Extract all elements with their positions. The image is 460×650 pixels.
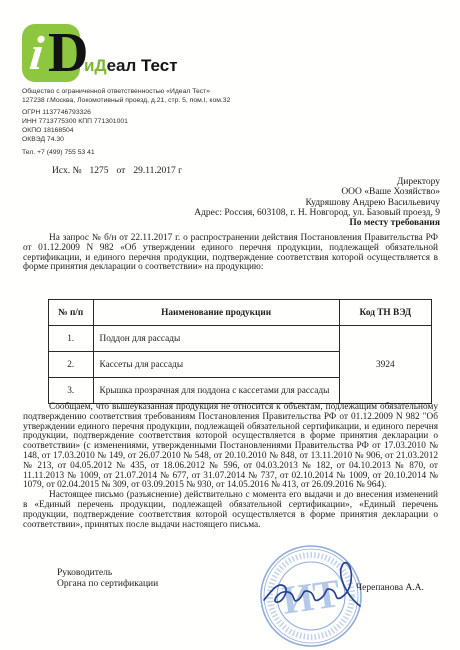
body-paragraphs-2-3: Сообщаем, что вышеуказанная продукция не… [23,403,438,530]
row-name: Поддон для рассады [93,326,339,352]
brand-id: иД [84,56,107,75]
logo-letter-d: D [48,24,88,82]
header-cell-name: Наименование продукции [93,300,339,326]
header-cell-code: Код ТН ВЭД [339,300,431,326]
signer-title-line1: Руководитель [57,568,158,579]
ref-from: от [117,166,126,176]
company-ogrn: ОГРН 1137746793326 [22,109,262,118]
ref-number: 1275 [90,166,109,176]
handwritten-signature [258,552,368,622]
paragraph-2-text: Сообщаем, что вышеуказанная продукция не… [23,403,438,491]
row-name: Кассеты для рассады [93,352,339,378]
row-name: Крышка прозрачная для поддона с кассетам… [93,378,339,404]
brand-eal: еал [107,56,137,75]
row-num: 1. [49,326,94,352]
signer-title-line2: Органа по сертификации [57,579,158,590]
body-paragraph-1: На запрос № б/н от 22.11.2017 г. о распр… [23,234,438,273]
company-okpo: ОКПО 18168504 [22,127,262,136]
signer-title: Руководитель Органа по сертификации [57,568,158,590]
table-row: 1. Поддон для рассады 3924 [49,326,432,352]
addressee-company: ООО «Ваше Хозяйство» [120,187,440,197]
brand-name: иДеал Тест [84,56,178,76]
company-legal-name: Общество с ограниченной ответственностью… [22,88,262,97]
addressee-position: Директору [120,177,440,187]
outgoing-ref-line: Исх. №1275от29.11.2017 г [52,166,190,176]
header-cell-num: № п/п [49,300,94,326]
row-num: 2. [49,352,94,378]
paragraph-3-text: Настоящее письмо (разъяснение) действите… [23,491,438,530]
ref-label: Исх. № [52,166,82,176]
addressee-address: Адрес: Россия, 603108, г. Н. Новгород, у… [120,208,440,218]
paragraph-1-text: На запрос № б/н от 22.11.2017 г. о распр… [23,234,438,273]
brand-test: Тест [141,56,178,75]
company-okved: ОКВЭД 74.30 [22,136,262,145]
company-address: 127238 г.Москва, Локомотивный проезд, д.… [22,97,262,106]
company-logo: D i иДеал Тест [22,24,222,86]
addressee-requirement: По месту требования [120,218,440,228]
merged-code-cell: 3924 [339,326,431,404]
addressee-person: Кудряшову Андрею Васильевичу [120,198,440,208]
ref-date: 29.11.2017 г [133,166,182,176]
signer-name: Черепанова А.А. [356,583,424,593]
product-table: № п/п Наименование продукции Код ТН ВЭД … [48,299,432,404]
table-header-row: № п/п Наименование продукции Код ТН ВЭД [49,300,432,326]
addressee-block: Директору ООО «Ваше Хозяйство» Кудряшову… [120,177,440,228]
document-page: D i иДеал Тест Общество с ограниченной о… [0,0,460,650]
company-info: Общество с ограниченной ответственностью… [22,88,262,158]
company-inn-kpp: ИНН 7713775300 КПП 771301001 [22,118,262,127]
company-phone: Тел. +7 (499) 755 53 41 [22,149,262,158]
row-num: 3. [49,378,94,404]
